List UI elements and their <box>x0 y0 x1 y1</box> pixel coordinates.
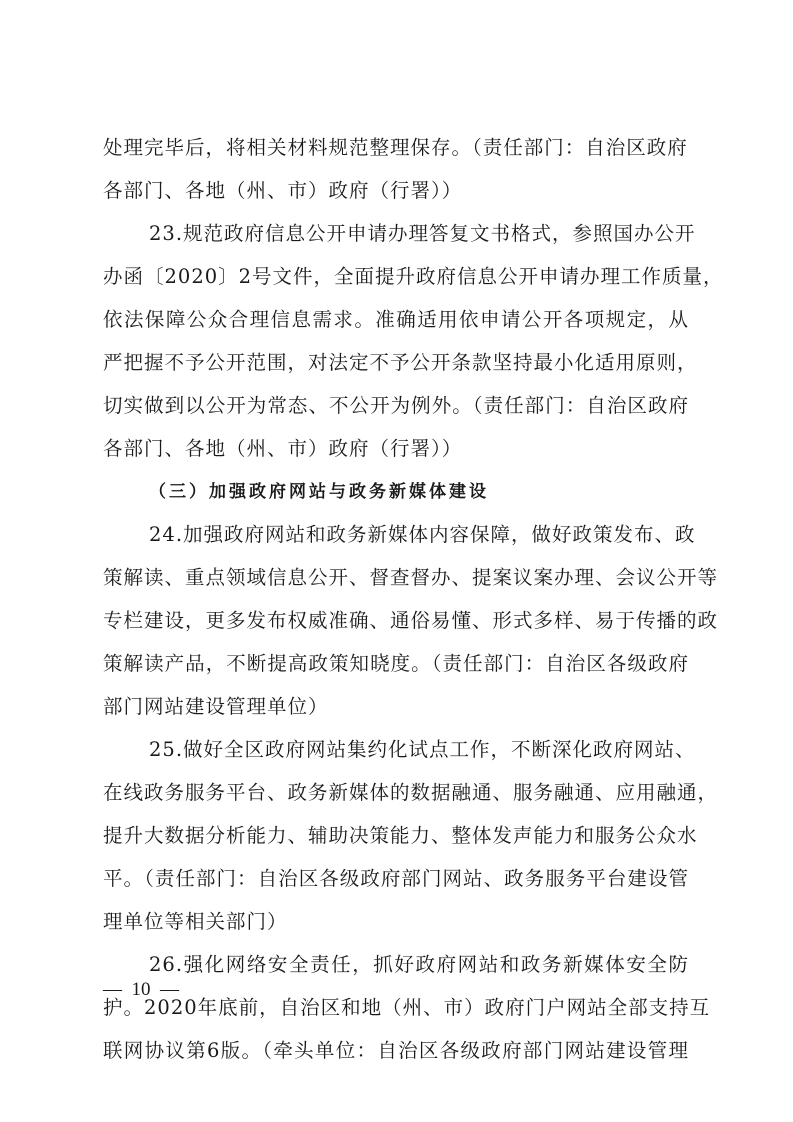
text-line: 理单位等相关部门） <box>103 907 689 937</box>
text-line: 处理完毕后，将相关材料规范整理保存。（责任部门：自治区政府 <box>103 133 689 163</box>
item-23-start: 23.规范政府信息公开申请办理答复文书格式，参照国办公开 <box>149 219 689 249</box>
text-line: 切实做到以公开为常态、不公开为例外。（责任部门：自治区政府 <box>103 391 689 421</box>
text-line: 策解读产品，不断提高政策知晓度。（责任部门：自治区各级政府 <box>103 649 689 679</box>
item-26-start: 26.强化网络安全责任，抓好政府网站和政务新媒体安全防 <box>149 950 689 980</box>
text-line: 联网协议第6版。（牵头单位：自治区各级政府部门网站建设管理 <box>103 1036 689 1066</box>
text-line: 各部门、各地（州、市）政府（行署）） <box>103 176 689 206</box>
item-25-start: 25.做好全区政府网站集约化试点工作，不断深化政府网站、 <box>149 735 689 765</box>
text-line: 策解读、重点领域信息公开、督查督办、提案议案办理、会议公开等 <box>103 563 689 593</box>
text-line: 依法保障公众合理信息需求。准确适用依申请公开各项规定，从 <box>103 305 689 335</box>
text-line: 护。2020年底前，自治区和地（州、市）政府门户网站全部支持互 <box>103 993 689 1023</box>
document-page: 处理完毕后，将相关材料规范整理保存。（责任部门：自治区政府 各部门、各地（州、市… <box>0 0 793 1122</box>
text-line: 在线政务服务平台、政务新媒体的数据融通、服务融通、应用融通， <box>103 778 689 808</box>
text-line: 专栏建设，更多发布权威准确、通俗易懂、形式多样、易于传播的政 <box>103 606 689 636</box>
text-line: 办函〔2020〕2号文件，全面提升政府信息公开申请办理工作质量， <box>103 262 689 292</box>
text-line: 提升大数据分析能力、辅助决策能力、整体发声能力和服务公众水 <box>103 821 689 851</box>
page-number: — 10 — <box>103 975 179 1005</box>
text-line: 各部门、各地（州、市）政府（行署）） <box>103 434 689 464</box>
text-line: 严把握不予公开范围，对法定不予公开条款坚持最小化适用原则， <box>103 348 689 378</box>
text-line: 平。（责任部门：自治区各级政府部门网站、政务服务平台建设管 <box>103 864 689 894</box>
text-line: 部门网站建设管理单位） <box>103 692 689 722</box>
section-heading: （三）加强政府网站与政务新媒体建设 <box>149 477 489 507</box>
item-24-start: 24.加强政府网站和政务新媒体内容保障，做好政策发布、政 <box>149 520 689 550</box>
